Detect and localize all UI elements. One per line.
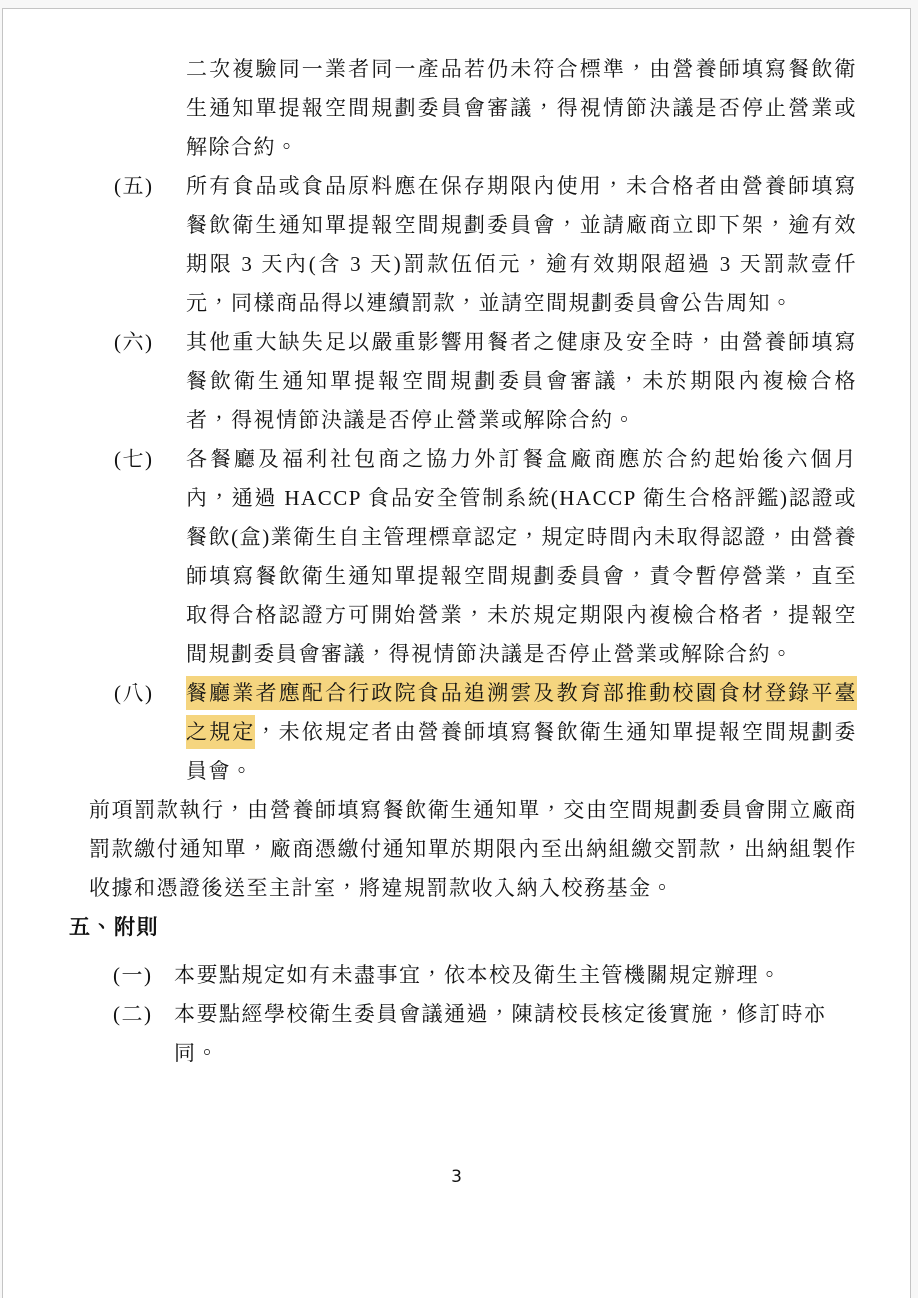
list-item-5: (五) 所有食品或食品原料應在保存期限內使用，未合格者由營養師填寫餐飲衛生通知單… [3,167,910,323]
list-item-7: (七) 各餐廳及福利社包商之協力外訂餐盒廠商應於合約起始後六個月內，通過 HAC… [3,440,910,674]
sub-item-2-text: 本要點經學校衛生委員會議通過，陳請校長核定後實施，修訂時亦同。 [174,995,862,1073]
sub-item-1: (一) 本要點規定如有未盡事宜，依本校及衛生主管機關規定辦理。 [3,956,910,995]
document-page: 二次複驗同一業者同一產品若仍未符合標準，由營養師填寫餐飲衛生通知單提報空間規劃委… [2,8,911,1288]
list-item-5-marker: (五) [114,167,186,323]
sub-item-2: (二) 本要點經學校衛生委員會議通過，陳請校長核定後實施，修訂時亦同。 [3,995,910,1073]
list-item-8: (八) 餐廳業者應配合行政院食品追溯雲及教育部推動校園食材登錄平臺之規定，未依規… [3,674,910,791]
sub-item-1-text: 本要點規定如有未盡事宜，依本校及衛生主管機關規定辦理。 [174,956,862,995]
list-item-7-marker: (七) [114,440,186,674]
paragraph-penalty-execution: 前項罰款執行，由營養師填寫餐飲衛生通知單，交由空間規劃委員會開立廠商罰款繳付通知… [89,791,857,908]
list-item-7-text: 各餐廳及福利社包商之協力外訂餐盒廠商應於合約起始後六個月內，通過 HACCP 食… [186,440,857,674]
list-item-6-text: 其他重大缺失足以嚴重影響用餐者之健康及安全時，由營養師填寫餐飲衛生通知單提報空間… [186,323,857,440]
paragraph-penalty-execution-text: 前項罰款執行，由營養師填寫餐飲衛生通知單，交由空間規劃委員會開立廠商罰款繳付通知… [89,798,857,900]
supplementary-items: (一) 本要點規定如有未盡事宜，依本校及衛生主管機關規定辦理。 (二) 本要點經… [3,956,910,1073]
section-heading-supplementary: 五、附則 [69,908,910,947]
sub-item-1-marker: (一) [113,956,174,995]
list-item-6-marker: (六) [114,323,186,440]
paragraph-continuation: 二次複驗同一業者同一產品若仍未符合標準，由營養師填寫餐飲衛生通知單提報空間規劃委… [186,50,857,167]
list-item-8-marker: (八) [114,674,186,791]
list-item-8-text: 餐廳業者應配合行政院食品追溯雲及教育部推動校園食材登錄平臺之規定，未依規定者由營… [186,674,857,791]
list-item-8-text-rest: ，未依規定者由營養師填寫餐飲衛生通知單提報空間規劃委員會。 [186,720,857,783]
paragraph-continuation-text: 二次複驗同一業者同一產品若仍未符合標準，由營養師填寫餐飲衛生通知單提報空間規劃委… [186,57,857,159]
page-number: 3 [3,1167,910,1187]
list-item-5-text: 所有食品或食品原料應在保存期限內使用，未合格者由營養師填寫餐飲衛生通知單提報空間… [186,167,857,323]
list-item-6: (六) 其他重大缺失足以嚴重影響用餐者之健康及安全時，由營養師填寫餐飲衛生通知單… [3,323,910,440]
sub-item-2-marker: (二) [113,995,174,1073]
document-body: 二次複驗同一業者同一產品若仍未符合標準，由營養師填寫餐飲衛生通知單提報空間規劃委… [3,9,910,1073]
